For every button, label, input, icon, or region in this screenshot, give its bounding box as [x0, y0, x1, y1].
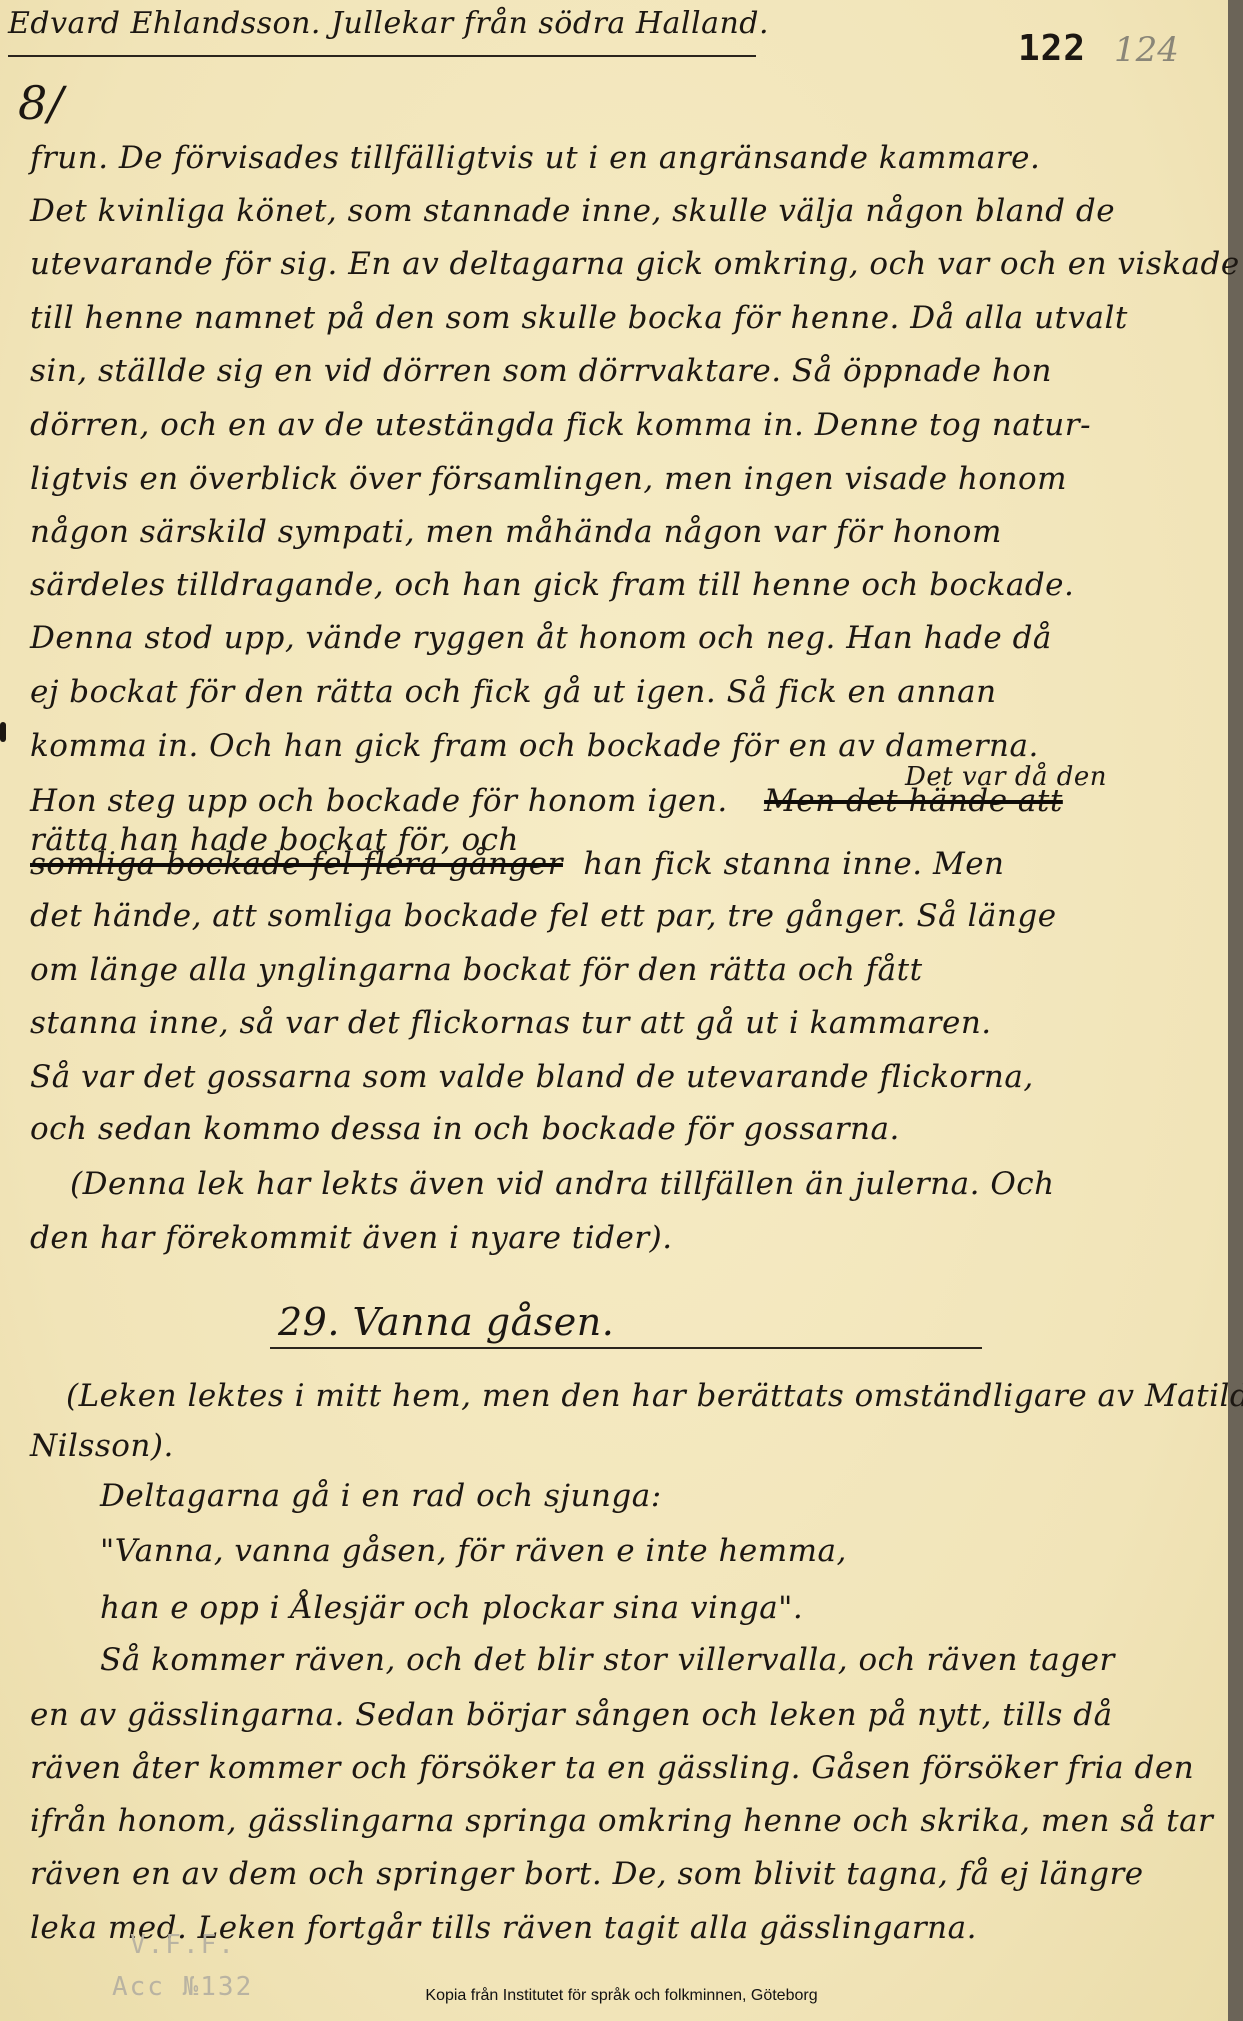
- section-body-line: räven en av dem och springer bort. De, s…: [30, 1856, 1144, 1892]
- inserted-correction: Det var då den: [905, 762, 1107, 792]
- kept-text: han fick stanna inne. Men: [583, 846, 1004, 882]
- section-body-line: Så kommer räven, och det blir stor ville…: [100, 1642, 1115, 1678]
- section-intro-line: (Leken lektes i mitt hem, men den har be…: [66, 1378, 1243, 1414]
- struck-text: somliga bockade fel flera gånger: [30, 846, 563, 882]
- note-line: (Denna lek har lekts även vid andra till…: [70, 1166, 1055, 1202]
- section-body-line: ifrån honom, gässlingarna springa omkrin…: [30, 1803, 1213, 1839]
- header-author-title: Edvard Ehlandsson. Jullekar från södra H…: [8, 6, 769, 41]
- body-line: sin, ställde sig en vid dörren som dörrv…: [30, 353, 1052, 389]
- stamped-page-number: 122: [1018, 28, 1086, 69]
- section-body-line: Deltagarna gå i en rad och sjunga:: [100, 1478, 662, 1514]
- song-line: han e opp i Ålesjär och plockar sina vin…: [100, 1590, 803, 1626]
- body-line: stanna inne, så var det flickornas tur a…: [30, 1005, 992, 1041]
- copy-footer: Kopia från Institutet för språk och folk…: [0, 1987, 1243, 2005]
- body-line: om länge alla ynglingarna bockat för den…: [30, 952, 923, 988]
- song-line: "Vanna, vanna gåsen, för räven e inte he…: [100, 1533, 847, 1569]
- body-line: Denna stod upp, vände ryggen åt honom oc…: [30, 620, 1052, 656]
- body-line: utevarande för sig. En av deltagarna gic…: [30, 246, 1240, 282]
- body-line: ligtvis en överblick över församlingen, …: [30, 461, 1067, 497]
- section-title: 29. Vanna gåsen.: [278, 1300, 614, 1344]
- section-body-line: räven åter kommer och försöker ta en gäs…: [30, 1750, 1194, 1786]
- body-line: Det kvinliga könet, som stannade inne, s…: [30, 193, 1115, 229]
- corrected-line-c: somliga bockade fel flera gånger han fic…: [30, 846, 1005, 882]
- body-line: ej bockat för den rätta och fick gå ut i…: [30, 674, 997, 710]
- margin-ink-mark: [0, 722, 6, 742]
- section-title-underline: [270, 1347, 982, 1349]
- body-line: frun. De förvisades tillfälligtvis ut i …: [30, 140, 1040, 176]
- body-line: särdeles tilldragande, och han gick fram…: [30, 567, 1074, 603]
- header-underline: [8, 55, 756, 57]
- body-line: det hände, att somliga bockade fel ett p…: [30, 898, 1057, 934]
- section-body-line: en av gässlingarna. Sedan börjar sången …: [30, 1697, 1113, 1733]
- body-line: någon särskild sympati, men måhända någo…: [30, 514, 1002, 550]
- manuscript-page: Edvard Ehlandsson. Jullekar från södra H…: [0, 0, 1243, 2021]
- body-line: och sedan kommo dessa in och bockade för…: [30, 1111, 900, 1147]
- body-line: komma in. Och han gick fram och bockade …: [30, 728, 1039, 764]
- pencil-page-number: 124: [1114, 30, 1179, 70]
- kept-text: Hon steg upp och bockade för honom igen.: [30, 783, 728, 819]
- body-line: dörren, och en av de utestängda fick kom…: [30, 407, 1091, 443]
- body-line: till henne namnet på den som skulle bock…: [30, 300, 1128, 336]
- archive-stamp-vff: V.F.F.: [130, 1930, 236, 1960]
- body-line: Så var det gossarna som valde bland de u…: [30, 1059, 1034, 1095]
- section-mark: 8/: [18, 76, 64, 130]
- note-line: den har förekommit även i nyare tider).: [30, 1220, 673, 1256]
- section-intro-line: Nilsson).: [30, 1428, 174, 1464]
